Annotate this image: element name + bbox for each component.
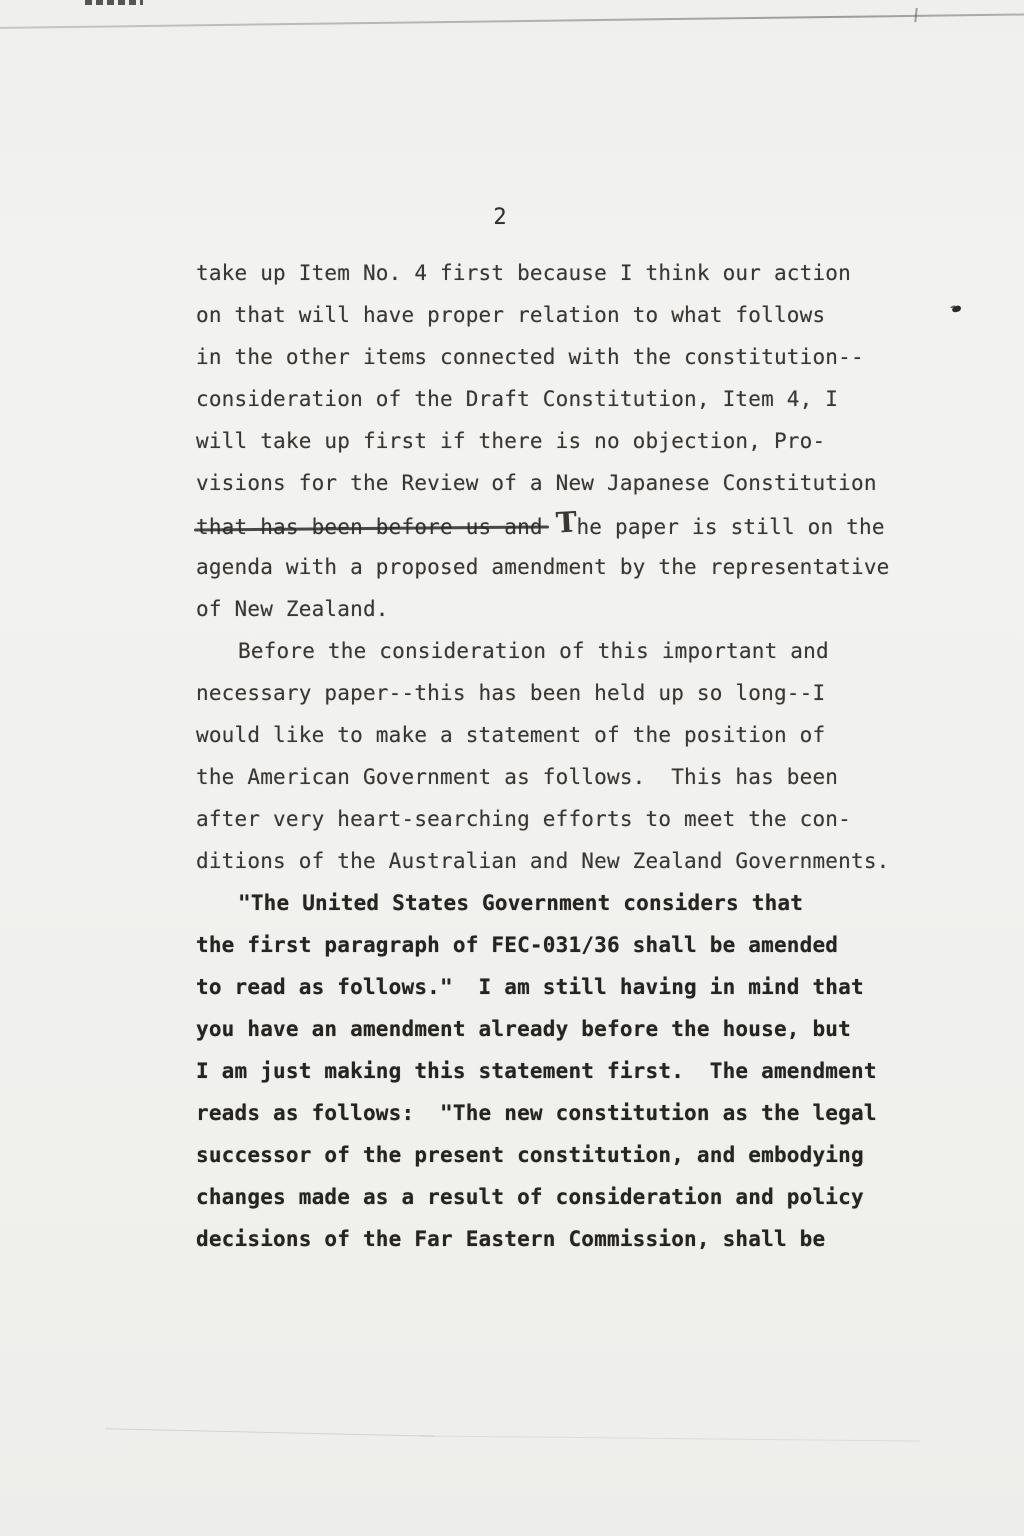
text-line: that has been before us and The paper is… (196, 504, 896, 546)
text-line: I am just making this statement first. T… (196, 1050, 896, 1092)
text-line: ditions of the Australian and New Zealan… (196, 840, 896, 882)
text-line: successor of the present constitution, a… (196, 1134, 896, 1176)
text-line: agenda with a proposed amendment by the … (196, 546, 896, 588)
page-number: 2 (0, 205, 1000, 230)
scan-crease-line (105, 1428, 435, 1436)
text-segment: he paper is still on the (576, 515, 884, 539)
text-line: reads as follows: "The new constitution … (196, 1092, 896, 1134)
text-line: on that will have proper relation to wha… (196, 294, 896, 336)
text-line: changes made as a result of consideratio… (196, 1176, 896, 1218)
text-line: would like to make a statement of the po… (196, 714, 896, 756)
struck-text: that has been before us and (196, 515, 543, 539)
text-line: of New Zealand. (196, 588, 896, 630)
scanned-document-page: 2 take up Item No. 4 first because I thi… (0, 0, 1024, 1536)
text-line: consideration of the Draft Constitution,… (196, 378, 896, 420)
text-line: decisions of the Far Eastern Commission,… (196, 1218, 896, 1260)
text-line: after very heart-searching efforts to me… (196, 798, 896, 840)
scan-crease-line (420, 1435, 920, 1441)
document-body: take up Item No. 4 first because I think… (196, 252, 896, 1260)
text-line: take up Item No. 4 first because I think… (196, 252, 896, 294)
text-line: to read as follows." I am still having i… (196, 966, 896, 1008)
text-line: "The United States Government considers … (196, 882, 896, 924)
text-line: the American Government as follows. This… (196, 756, 896, 798)
text-line: will take up first if there is no object… (196, 420, 896, 462)
text-line: you have an amendment already before the… (196, 1008, 896, 1050)
scan-top-edge-line (0, 13, 1024, 29)
text-line: Before the consideration of this importa… (196, 630, 896, 672)
text-line: in the other items connected with the co… (196, 336, 896, 378)
handwritten-correction: T (555, 501, 578, 544)
text-line: visions for the Review of a New Japanese… (196, 462, 896, 504)
text-line: the first paragraph of FEC-031/36 shall … (196, 924, 896, 966)
text-line: necessary paper--this has been held up s… (196, 672, 896, 714)
scan-top-left-mark (85, 0, 143, 5)
ink-speck (951, 305, 961, 313)
